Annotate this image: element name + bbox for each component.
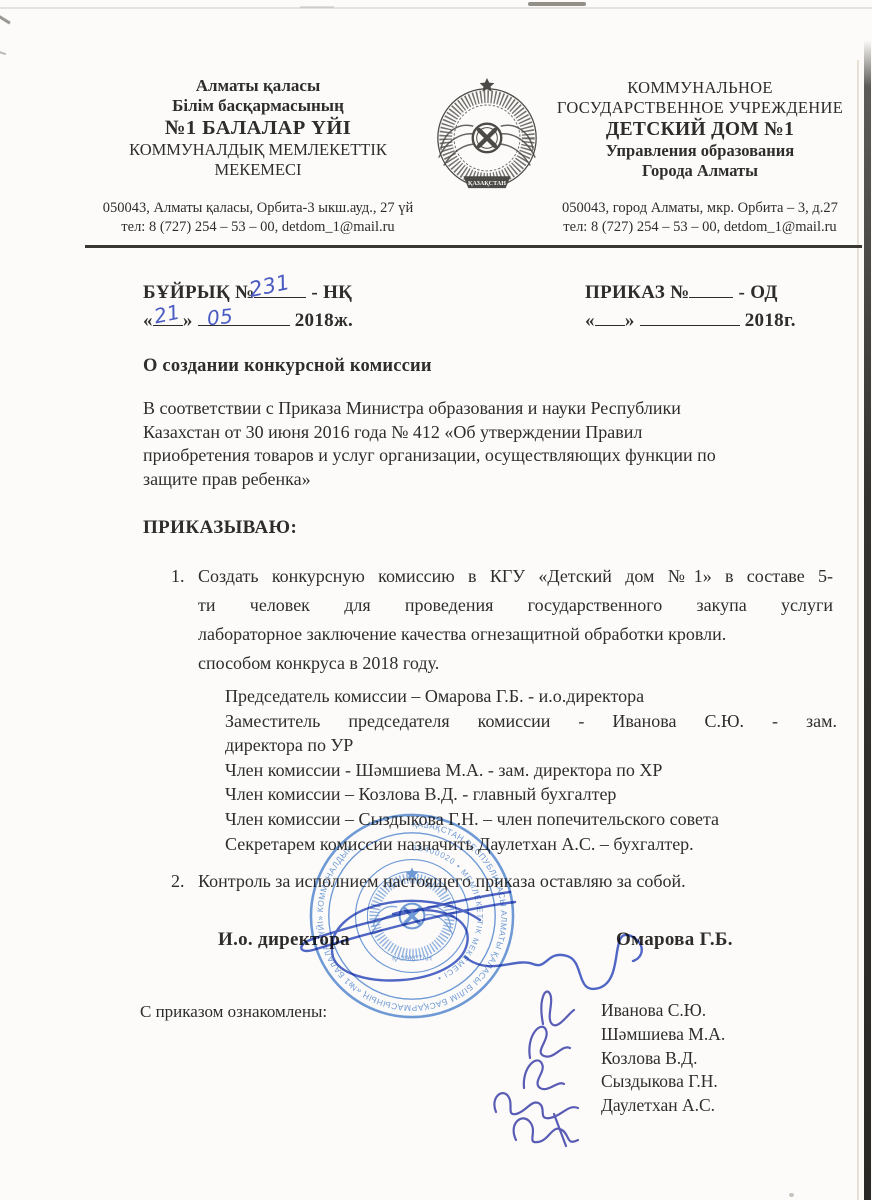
decree-word: ПРИКАЗЫВАЮ:: [143, 517, 297, 539]
address-kz-line2: тел: 8 (727) 254 – 53 – 00, detdom_1@mai…: [74, 218, 442, 237]
order-ru-year: 2018г.: [745, 310, 796, 331]
quote-close: »: [183, 310, 193, 331]
preamble-line: Казахстан от 30 июня 2016 года № 412 «Об…: [143, 421, 833, 445]
quote-open: «: [143, 310, 153, 331]
commission-line: Председатель комиссии – Омарова Г.Б. - и…: [225, 684, 837, 709]
kazakhstan-coat-of-arms-icon: ҚАЗАҚСТАН: [428, 74, 546, 201]
address-russian: 050043, город Алматы, мкр. Орбита – 3, д…: [538, 199, 862, 236]
item1-line: ти человек для проведения государственно…: [198, 591, 833, 620]
scan-artifact-corner: [0, 51, 6, 55]
order-kz-line1: БҰЙРЫҚ № - НҚ: [143, 279, 443, 307]
item1-line: способом конкруса в 2018 году.: [198, 649, 833, 678]
commission-line: Член комиссии – Козлова В.Д. - главный б…: [225, 782, 837, 807]
blank-month-field: [640, 310, 740, 326]
list-item-1: Создать конкурсную комиссию в КГУ «Детск…: [198, 562, 833, 678]
commission-line: Заместитель председателя комиссии - Иван…: [225, 709, 837, 734]
order-ru-line1: ПРИКАЗ № - ОД: [585, 279, 855, 307]
preamble-line: В соответствии с Приказа Министра образо…: [143, 397, 833, 421]
order-kz-year: 2018ж.: [295, 310, 353, 331]
order-subject: О создании конкурсной комиссии: [143, 356, 432, 377]
blank-number-field: [689, 282, 733, 298]
order-ru-suffix: - ОД: [739, 282, 778, 303]
address-ru-line2: тел: 8 (727) 254 – 53 – 00, detdom_1@mai…: [538, 218, 862, 237]
order-ru-prefix: ПРИКАЗ №: [585, 282, 689, 303]
commission-line: директора по УР: [225, 733, 837, 758]
scan-artifact-smudge: [528, 2, 586, 6]
order-kz-prefix: БҰЙРЫҚ №: [143, 282, 254, 303]
scan-artifact-right-shadow: [864, 40, 871, 1200]
preamble-line: защите прав ребенка»: [143, 468, 833, 492]
list-item-number: 2.: [171, 871, 185, 892]
org-name-kz-line: Білім басқармасының: [86, 96, 430, 116]
org-name-kz-main: №1 БАЛАЛАР ҮЙІ: [86, 116, 430, 140]
preamble-line: приобретения товаров и услуг организации…: [143, 444, 833, 468]
list-item-number: 1.: [171, 562, 185, 591]
order-kz-suffix: - НҚ: [311, 282, 352, 303]
scan-artifact-smudge: [300, 6, 334, 8]
order-kz-date-line: «» 2018ж.: [143, 307, 443, 335]
scan-artifact-dot: [789, 1193, 794, 1197]
address-ru-line1: 050043, город Алматы, мкр. Орбита – 3, д…: [538, 199, 862, 218]
scan-artifact-corner: [0, 15, 11, 25]
emblem-ribbon-text: ҚАЗАҚСТАН: [468, 181, 506, 187]
org-name-kz-line: КОММУНАЛДЫҚ МЕМЛЕКЕТТІК: [86, 140, 430, 160]
scanned-document-page: Алматы қаласы Білім басқармасының №1 БАЛ…: [0, 0, 872, 1200]
quote-open: «: [585, 310, 595, 331]
preamble-paragraph: В соответствии с Приказа Министра образо…: [143, 397, 833, 491]
org-name-ru-line: КОММУНАЛЬНОЕ: [538, 78, 862, 98]
header-divider-line: [85, 245, 862, 248]
acknowledgement-signatures: [488, 980, 638, 1155]
scan-artifact-top-line: [0, 7, 872, 9]
order-ru-date-line: «» 2018г.: [585, 307, 855, 335]
address-kazakh: 050043, Алматы қаласы, Орбита-3 ыкш.ауд.…: [74, 199, 442, 236]
handwritten-month: 05: [206, 302, 235, 333]
letterhead-kazakh: Алматы қаласы Білім басқармасының №1 БАЛ…: [86, 76, 430, 180]
item1-line: Создать конкурсную комиссию в КГУ «Детск…: [198, 562, 833, 591]
order-number-kazakh: БҰЙРЫҚ № - НҚ «» 2018ж. 231 21 05: [143, 279, 443, 335]
org-name-ru-line: Управления образования: [538, 141, 862, 161]
org-name-kz-line: МЕКЕМЕСІ: [86, 160, 430, 180]
item1-line: лабораторное заключение качества огнезащ…: [198, 620, 833, 649]
blank-day-field: [595, 310, 625, 326]
commission-line: Член комиссии - Шәмшиева М.А. - зам. дир…: [225, 758, 837, 783]
org-name-ru-line: ГОСУДАРСТВЕННОЕ УЧРЕЖДЕНИЕ: [538, 98, 862, 118]
org-name-ru-main: ДЕТСКИЙ ДОМ №1: [538, 118, 862, 141]
org-name-kz-line: Алматы қаласы: [86, 76, 430, 96]
quote-close: »: [625, 310, 635, 331]
org-name-ru-line: Города Алматы: [538, 161, 862, 181]
address-kz-line1: 050043, Алматы қаласы, Орбита-3 ыкш.ауд.…: [74, 199, 442, 218]
order-number-russian: ПРИКАЗ № - ОД «» 2018г.: [585, 279, 855, 335]
letterhead-russian: КОММУНАЛЬНОЕ ГОСУДАРСТВЕННОЕ УЧРЕЖДЕНИЕ …: [538, 78, 862, 181]
handwritten-day: 21: [151, 298, 182, 331]
